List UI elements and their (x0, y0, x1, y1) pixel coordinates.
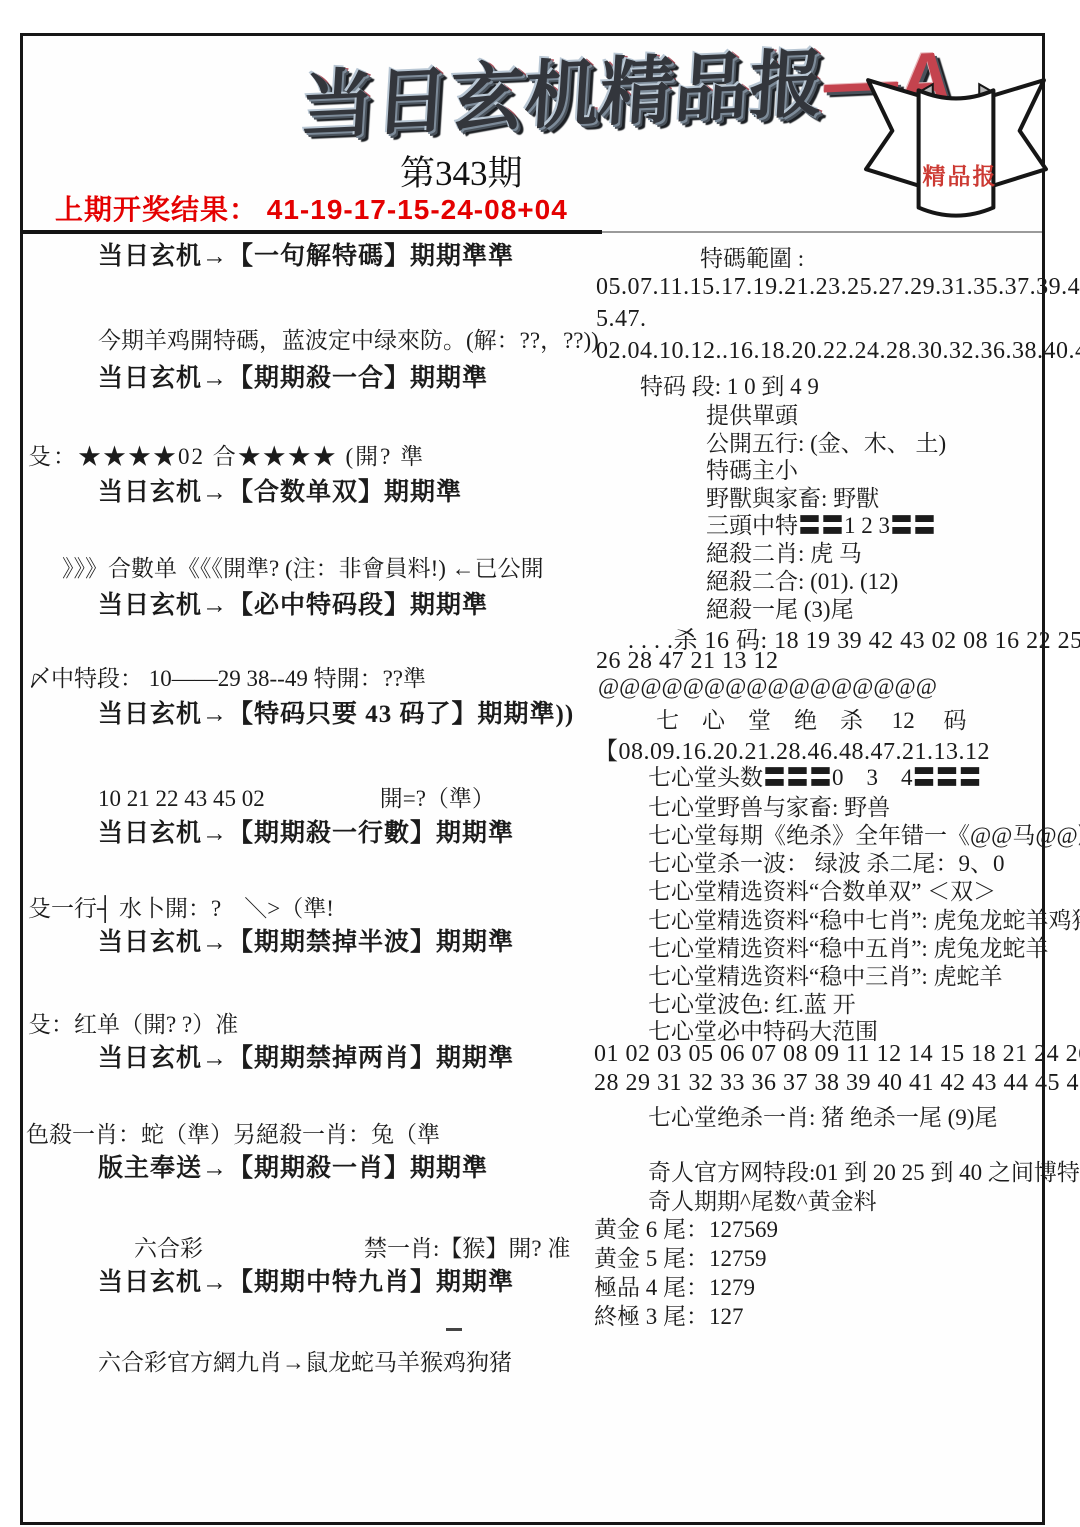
left-section-info: 色殺一肖：蛇（準）另絕殺一肖：兔（準 (26, 1116, 440, 1149)
report-title-main: 当日玄机精品报 (297, 41, 827, 147)
header-divider-left (20, 230, 602, 234)
left-section-info: 今期羊鸡開特碼，蓝波定中绿來防。(解：??，??)) (98, 322, 599, 355)
right-line: @@@@@@@@@@@@@@@@ (598, 674, 937, 700)
left-section-title: 当日玄机→【特码只要 43 码了】期期準)) (98, 694, 574, 730)
left-section-title: 当日玄机→【合数单双】期期準 (98, 472, 462, 508)
left-section-title: 当日玄机→【期期禁掉半波】期期準 (98, 922, 514, 958)
right-line: 05.07.11.15.17.19.21.23.25.27.29.31.35.3… (596, 274, 1080, 301)
left-section-info: 》》》合數单《《《開準? (注：非會員料!) ←已公開 (62, 550, 544, 583)
right-line: 28 29 31 32 33 36 37 38 39 40 41 42 43 4… (594, 1070, 1080, 1097)
left-section-title: 当日玄机→【期期殺一行數】期期準 (98, 813, 514, 849)
left-section-info: 殳：★★★★02 合★★★★ (開? 準 (28, 438, 425, 471)
left-section-title: 当日玄机→【期期中特九肖】期期準 (98, 1262, 514, 1298)
left-section-title: 当日玄机→【期期殺一合】期期準 (98, 358, 488, 394)
left-section-info: 殳一行┤ 水卜開：? ＼>（準! (28, 890, 334, 923)
left-section-info: 六合彩官方網九肖→鼠龙蛇马羊猴鸡狗猪 (98, 1344, 512, 1377)
last-draw-result: 上期开奖结果： 41-19-17-15-24-08+04 (55, 188, 568, 228)
left-section-info: 10 21 22 43 45 02 開=?（準） (98, 780, 495, 813)
right-line: 26 28 47 21 13 12 (596, 648, 779, 675)
left-section-info: 六合彩 禁一肖:【猴】開? 准 (134, 1230, 570, 1263)
right-line: 七心堂绝杀一肖: 猪 绝杀一尾 (9)尾 (648, 1099, 997, 1132)
right-line: 01 02 03 05 06 07 08 09 11 12 14 15 18 2… (594, 1041, 1080, 1068)
left-section-title: 当日玄机→【一句解特碼】期期準準 (98, 236, 514, 272)
left-section-info: 〆中特段： 10——29 38--49 特開：??準 (28, 660, 426, 693)
right-line: 5.47. (596, 306, 647, 333)
ribbon-banner-icon (860, 72, 1052, 234)
header-divider-right (602, 231, 1042, 233)
right-line: 02.04.10.12..16.18.20.22.24.28.30.32.36.… (596, 338, 1080, 365)
stray-dash-mark (446, 1328, 462, 1331)
ribbon-label: 精品报 (905, 158, 1015, 191)
right-line: 特碼範圍 : (700, 240, 804, 273)
left-section-info: 殳：红单（開? ?）准 (28, 1006, 238, 1039)
right-line: 七心堂头数〓〓〓0 3 4〓〓〓 (648, 759, 982, 792)
left-section-title: 当日玄机→【必中特码段】期期準 (98, 585, 488, 621)
left-section-title: 版主奉送→【期期殺一肖】期期準 (98, 1148, 488, 1184)
right-line: 終極 3 尾：127 (594, 1298, 744, 1331)
left-section-title: 当日玄机→【期期禁掉两肖】期期準 (98, 1038, 514, 1074)
